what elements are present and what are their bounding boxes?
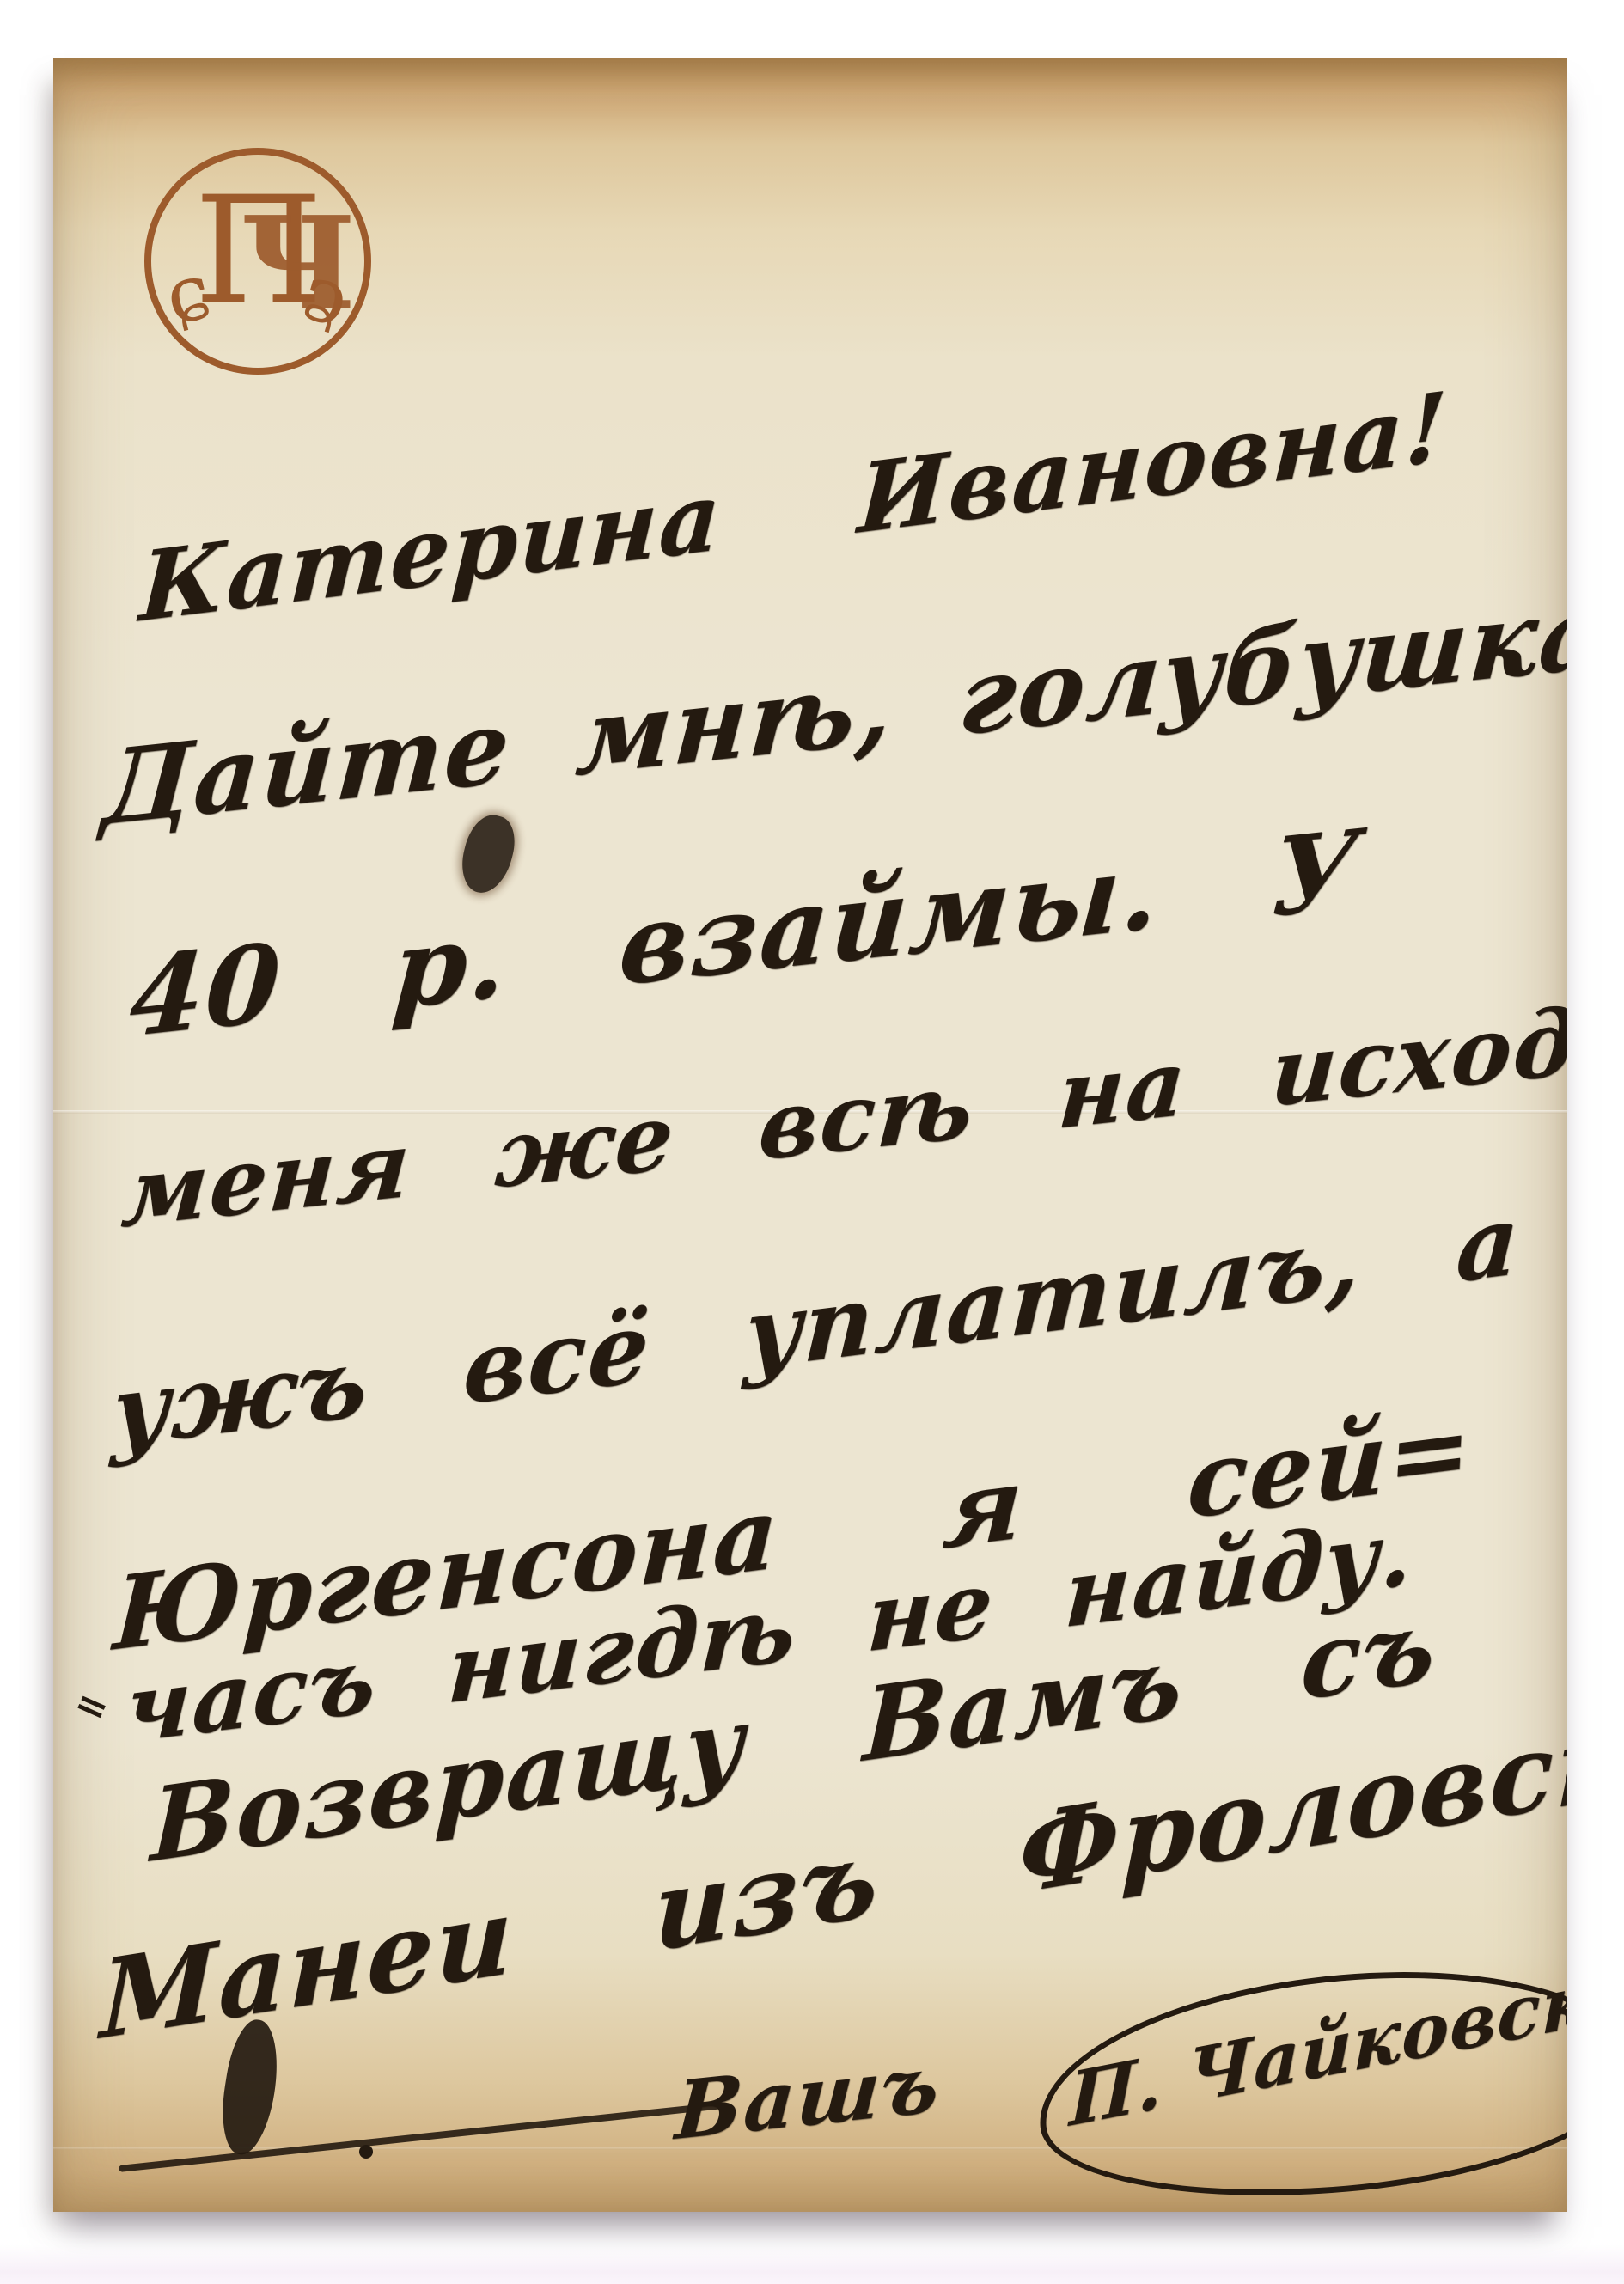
signature: П. Чайковскій bbox=[1069, 1946, 1567, 2137]
letter-sheet: ɕ П Ч ɕ Катерина Ивановна! Дайте мнѣ, го… bbox=[53, 58, 1567, 2212]
signature-oval-flourish: П. Чайковскій bbox=[1029, 1950, 1567, 2212]
continuation-mark: = bbox=[68, 1677, 117, 1733]
valediction: Вашъ bbox=[673, 2043, 943, 2152]
underline-flourish bbox=[119, 2102, 721, 2172]
ink-blot bbox=[455, 810, 522, 899]
letter-line-3: 40 р. взаймы. У bbox=[126, 816, 1364, 1053]
page-background: ɕ П Ч ɕ Катерина Ивановна! Дайте мнѣ, го… bbox=[0, 0, 1624, 2284]
monogram-seal-icon: ɕ П Ч ɕ bbox=[144, 148, 371, 375]
letter-line-salutation: Катерина Ивановна! bbox=[137, 379, 1450, 635]
background-bottom-tint bbox=[0, 2244, 1624, 2284]
ink-dot bbox=[359, 2145, 373, 2159]
